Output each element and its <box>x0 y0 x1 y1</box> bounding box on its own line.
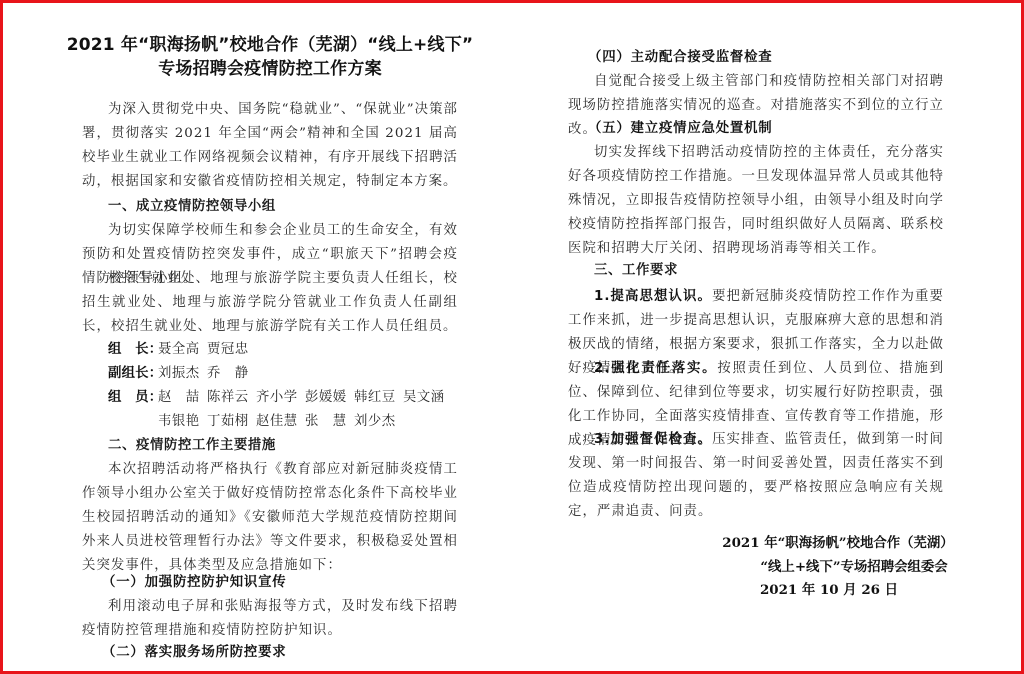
requirement-item-3-lead: 3.加强督促检查。 <box>594 432 712 447</box>
roster-name: 聂全高 <box>158 338 207 362</box>
requirement-item-2-lead: 2.强化责任落实。 <box>594 361 717 376</box>
roster-name: 丁茹栩 <box>207 410 256 434</box>
roster-name: 贾冠忠 <box>207 338 256 362</box>
document-title-line1: 2021 年“职海扬帆”校地合作（芜湖）“线上+线下” <box>62 33 478 57</box>
section2-paragraph1: 本次招聘活动将严格执行《教育部应对新冠肺炎疫情工作领导小组办公室关于做好疫情防控… <box>82 458 458 578</box>
roster-member-label: 组 员： <box>108 386 158 410</box>
section2-heading: 二、疫情防控工作主要措施 <box>108 434 276 458</box>
subsection5-heading: （五）建立疫情应急处置机制 <box>588 117 772 141</box>
requirement-item-1-lead: 1.提高思想认识。 <box>594 289 712 304</box>
section1-heading: 一、成立疫情防控领导小组 <box>108 195 276 219</box>
roster-name: 韦银艳 <box>158 410 207 434</box>
requirement-item-3: 3.加强督促检查。压实排查、监管责任，做到第一时间发现、第一时间报告、第一时间妥… <box>568 428 944 524</box>
document-page-right: （四）主动配合接受监督检查 自觉配合接受上级主管部门和疫情防控相关部门对招聘现场… <box>568 0 944 674</box>
roster-name: 彭媛媛 <box>305 386 354 410</box>
signature-date: 2021 年 10 月 26 日 <box>744 578 914 602</box>
roster-deputy-label: 副组长： <box>108 362 158 386</box>
document-page-left: 2021 年“职海扬帆”校地合作（芜湖）“线上+线下” 专场招聘会疫情防控工作方… <box>82 0 458 674</box>
roster-member-row-continued: 韦银艳丁茹栩赵佳慧张 慧刘少杰 <box>158 410 403 434</box>
subsection2-heading: （二）落实服务场所防控要求 <box>102 641 286 665</box>
subsection5-paragraph: 切实发挥线下招聘活动疫情防控的主体责任，充分落实好各项疫情防控工作措施。一旦发现… <box>568 141 944 261</box>
roster-name: 刘振杰 <box>158 362 207 386</box>
roster-name: 赵佳慧 <box>256 410 305 434</box>
signature-org-line2: “线上+线下”专场招聘会组委会 <box>744 555 964 579</box>
roster-leader-row: 组 长：聂全高贾冠忠 <box>108 338 256 362</box>
subsection4-heading: （四）主动配合接受监督检查 <box>588 46 772 70</box>
roster-name: 韩红豆 <box>354 386 403 410</box>
roster-name: 乔 静 <box>207 362 256 386</box>
roster-name: 吴文涵 <box>403 386 452 410</box>
roster-name: 张 慧 <box>305 410 354 434</box>
document-title-line2: 专场招聘会疫情防控工作方案 <box>62 57 478 81</box>
section1-paragraph2: 校招生就业处、地理与旅游学院主要负责人任组长，校招生就业处、地理与旅游学院分管就… <box>82 267 458 339</box>
roster-name: 赵 喆 <box>158 386 207 410</box>
roster-deputy-row: 副组长：刘振杰乔 静 <box>108 362 256 386</box>
section3-heading: 三、工作要求 <box>594 259 678 283</box>
roster-name: 刘少杰 <box>354 410 403 434</box>
roster-name: 陈祥云 <box>207 386 256 410</box>
roster-name: 齐小学 <box>256 386 305 410</box>
subsection1-heading: （一）加强防控防护知识宣传 <box>102 571 286 595</box>
subsection1-paragraph: 利用滚动电子屏和张贴海报等方式，及时发布线下招聘疫情防控管理措施和疫情防控防护知… <box>82 595 458 643</box>
roster-leader-label: 组 长： <box>108 338 158 362</box>
intro-paragraph: 为深入贯彻党中央、国务院“稳就业”、“保就业”决策部署，贯彻落实 2021 年全… <box>82 98 458 194</box>
roster-member-row: 组 员：赵 喆陈祥云齐小学彭媛媛韩红豆吴文涵 <box>108 386 452 410</box>
signature-org-line1: 2021 年“职海扬帆”校地合作（芜湖） <box>708 531 968 555</box>
